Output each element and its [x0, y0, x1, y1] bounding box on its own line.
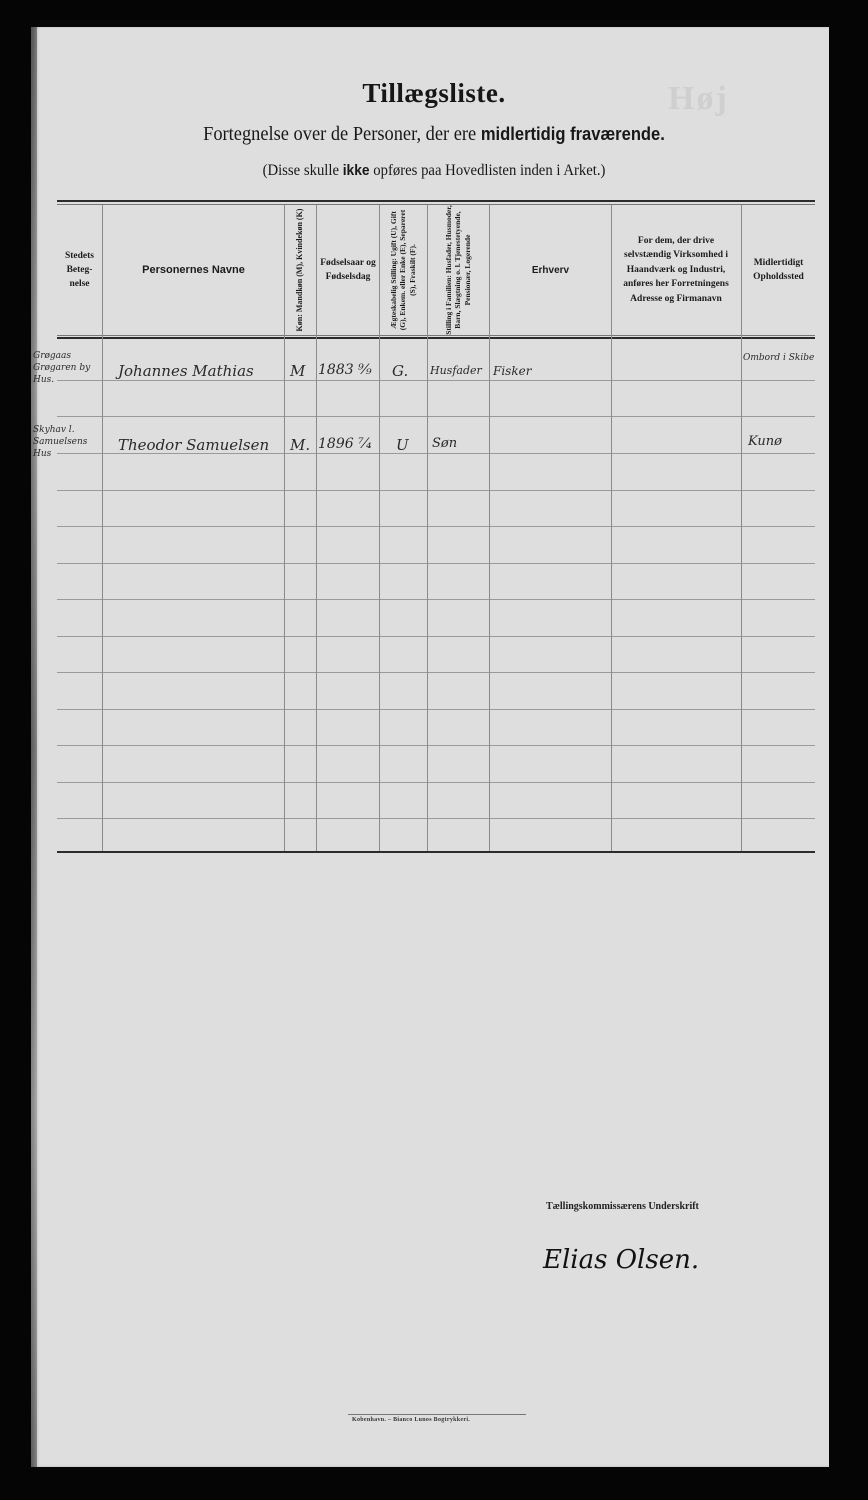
cell-place: Skyhav l. Samuelsens Hus: [33, 424, 103, 460]
instruction-bold: ikke: [343, 162, 370, 179]
cell-name: Johannes Mathias: [118, 362, 254, 380]
header-bottom-rule-thin: [57, 335, 815, 336]
column-divider: [611, 205, 612, 851]
header-sex: Køn: Mandkøn (M), Kvindekøn (K): [284, 205, 316, 335]
header-bottom-rule: [57, 337, 815, 339]
page-edge: [31, 27, 37, 1467]
header-marital-status: Ægteskabelig Stilling: Ugift (U), Gift (…: [379, 205, 427, 335]
cell-name: Theodor Samuelsen: [118, 436, 269, 454]
table-bottom-rule: [57, 851, 815, 853]
cell-family: Søn: [432, 436, 457, 451]
row-line: [57, 672, 815, 673]
header-occupation: Erhverv: [490, 205, 611, 335]
instruction-post: opføres paa Hovedlisten inden i Arket.): [370, 162, 606, 179]
header-family-position: Stilling i Familien: Husfader, Husmoder,…: [428, 205, 488, 335]
row-line: [57, 563, 815, 564]
row-line: [57, 745, 815, 746]
subtitle-emphasis: midlertidig fraværende.: [481, 124, 665, 144]
header-residence: Midlertidigt Opholdssted: [742, 205, 815, 335]
row-line: [57, 380, 815, 381]
cell-marital: G.: [392, 362, 408, 380]
cell-place: Grøgaas Grøgaren by Hus.: [33, 350, 103, 386]
cell-residence: Kunø: [748, 434, 782, 449]
row-line: [57, 490, 815, 491]
row-line: [57, 599, 815, 600]
cell-sex: M: [290, 362, 305, 380]
subtitle-text: Fortegnelse over de Personer, der ere: [203, 123, 481, 145]
table-top-rule: [57, 200, 815, 202]
header-place: Stedets Beteg-nelse: [57, 205, 102, 335]
row-line: [57, 782, 815, 783]
row-line: [57, 818, 815, 819]
commissioner-signature: Elias Olsen.: [543, 1245, 699, 1275]
cell-family: Husfader: [430, 364, 482, 377]
cell-birth: 1896 ⁷⁄₄: [318, 436, 372, 452]
instruction-pre: (Disse skulle: [263, 162, 343, 179]
header-birth: Fødselsaar og Fødselsdag: [317, 205, 379, 335]
header-business: For dem, der drive selvstændig Virksomhe…: [614, 205, 738, 335]
cell-birth: 1883 ⁹⁄₉: [318, 362, 372, 378]
row-line: [57, 636, 815, 637]
page-subtitle: Fortegnelse over de Personer, der ere mi…: [35, 123, 834, 146]
page-title: Tillægsliste.: [0, 78, 868, 109]
cell-sex: M.: [290, 436, 310, 454]
cell-residence: Ombord i Skibe: [743, 352, 815, 365]
printer-rule: [348, 1414, 526, 1415]
row-line: [57, 709, 815, 710]
cell-occupation: Fisker: [493, 364, 531, 378]
row-line: [57, 526, 815, 527]
row-line: [57, 416, 815, 417]
signature-label: Tællingskommissærens Underskrift: [546, 1201, 699, 1212]
header-name: Personernes Navne: [103, 205, 284, 335]
cell-marital: U: [396, 436, 409, 454]
printer-imprint: Kobenhavn. – Bianco Lunos Bogtrykkeri.: [352, 1417, 470, 1423]
instruction-note: (Disse skulle ikke opføres paa Hovedlist…: [35, 162, 834, 180]
